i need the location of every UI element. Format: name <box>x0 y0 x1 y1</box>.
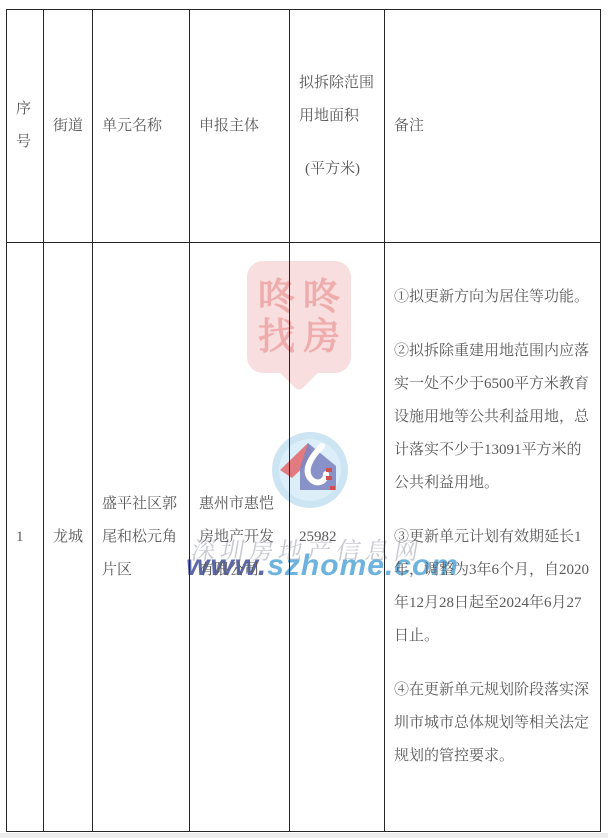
table-header-row: 序号 街道 单元名称 申报主体 拟拆除范围用地面积 (平方米) 备注 <box>7 10 601 243</box>
page: 咚咚 找房 深圳房地产信息网 www.szhome.com <box>0 0 608 838</box>
header-unit-name: 单元名称 <box>93 10 190 243</box>
header-applicant: 申报主体 <box>190 10 290 243</box>
remark-paragraph-2: ②拟拆除重建用地范围内应落实一处不少于6500平方米教育设施用地等公共利益用地，… <box>394 335 594 500</box>
remark-paragraph-3: ③更新单元计划有效期延长1年，调整为3年6个月，自2020年12月28日起至20… <box>394 521 594 653</box>
header-area: 拟拆除范围用地面积 (平方米) <box>290 10 385 243</box>
header-area-line2: (平方米) <box>299 153 378 186</box>
header-street: 街道 <box>44 10 93 243</box>
cell-unit-name: 盛平社区郭尾和松元角片区 <box>93 243 190 832</box>
bottom-edge-strip <box>0 833 608 838</box>
cell-remarks: ①拟更新方向为居住等功能。 ②拟拆除重建用地范围内应落实一处不少于6500平方米… <box>385 243 601 832</box>
cell-street: 龙城 <box>44 243 93 832</box>
header-remarks: 备注 <box>385 10 601 243</box>
cell-applicant: 惠州市惠恺房地产开发有限公司 <box>190 243 290 832</box>
demolition-plan-table: 序号 街道 单元名称 申报主体 拟拆除范围用地面积 (平方米) 备注 1 龙城 … <box>6 9 601 832</box>
table-row: 1 龙城 盛平社区郭尾和松元角片区 惠州市惠恺房地产开发有限公司 25982 ①… <box>7 243 601 832</box>
cell-index: 1 <box>7 243 44 832</box>
cell-area: 25982 <box>290 243 385 832</box>
remark-paragraph-1: ①拟更新方向为居住等功能。 <box>394 281 594 314</box>
remark-paragraph-4: ④在更新单元规划阶段落实深圳市城市总体规划等相关法定规划的管控要求。 <box>394 674 594 773</box>
header-index: 序号 <box>7 10 44 243</box>
header-area-line1: 拟拆除范围用地面积 <box>299 67 378 133</box>
